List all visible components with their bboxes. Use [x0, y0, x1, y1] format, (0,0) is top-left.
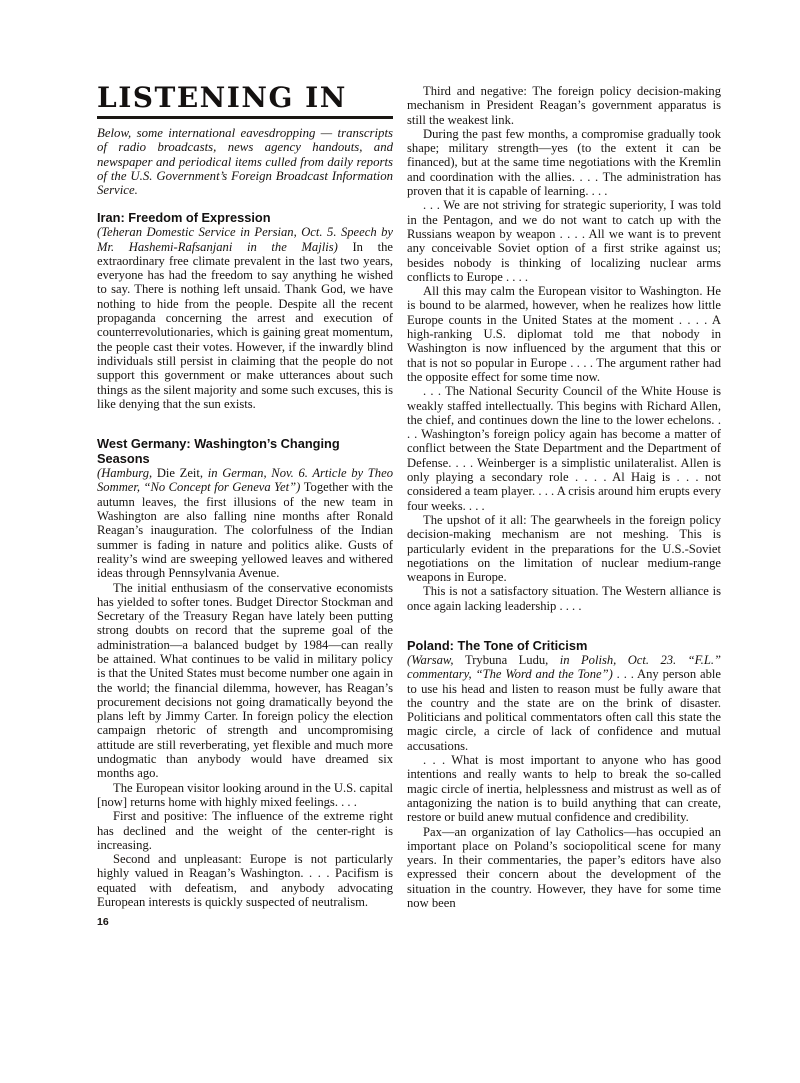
paragraph: The European visitor looking around in t…	[97, 781, 393, 810]
lede-text-iran: In the extraordinary free climate preval…	[97, 240, 393, 411]
paragraph: Pax—an organization of lay Catholics—has…	[407, 825, 721, 911]
paragraph: All this may calm the European visitor t…	[407, 284, 721, 384]
source-citation-iran: (Teheran Domestic Service in Persian, Oc…	[97, 225, 393, 253]
section-lede-poland: (Warsaw, Trybuna Ludu, in Polish, Oct. 2…	[407, 653, 721, 753]
lede-text-germany: Together with the autumn leaves, the fir…	[97, 480, 393, 580]
paragraph: The upshot of it all: The gearwheels in …	[407, 513, 721, 584]
paragraph: Third and negative: The foreign policy d…	[407, 84, 721, 127]
section-lede-germany: (Hamburg, Die Zeit, in German, Nov. 6. A…	[97, 466, 393, 580]
section-heading-iran: Iran: Freedom of Expression	[97, 210, 393, 225]
section-lede-iran: (Teheran Domestic Service in Persian, Oc…	[97, 225, 393, 411]
paragraph: . . . The National Security Council of t…	[407, 384, 721, 513]
paragraph: . . . What is most important to anyone w…	[407, 753, 721, 824]
masthead-rule	[97, 116, 393, 119]
source-publication-poland: Trybuna Ludu,	[465, 653, 548, 667]
source-citation-germany: (Hamburg,	[97, 466, 157, 480]
paragraph: This is not a satisfactory situation. Th…	[407, 584, 721, 613]
paragraph: The initial enthusiasm of the conservati…	[97, 581, 393, 781]
column-right: Third and negative: The foreign policy d…	[407, 84, 721, 928]
paragraph: Second and unpleasant: Europe is not par…	[97, 852, 393, 909]
paragraph: During the past few months, a compromise…	[407, 127, 721, 198]
source-citation-poland: (Warsaw,	[407, 653, 465, 667]
page-content: LISTENING IN Below, some international e…	[97, 84, 721, 928]
column-left: LISTENING IN Below, some international e…	[97, 84, 393, 928]
source-publication-germany: Die Zeit,	[157, 466, 203, 480]
paragraph: . . . We are not striving for strategic …	[407, 198, 721, 284]
magazine-page: { "page": { "number": "16" }, "masthead"…	[0, 0, 800, 1083]
intro-text: Below, some international eavesdropping …	[97, 126, 393, 197]
section-heading-germany: West Germany: Washington’s Changing Seas…	[97, 436, 393, 466]
section-heading-poland: Poland: The Tone of Criticism	[407, 638, 721, 653]
masthead-title: LISTENING IN	[97, 84, 393, 112]
page-number: 16	[97, 916, 393, 928]
paragraph: First and positive: The influence of the…	[97, 809, 393, 852]
